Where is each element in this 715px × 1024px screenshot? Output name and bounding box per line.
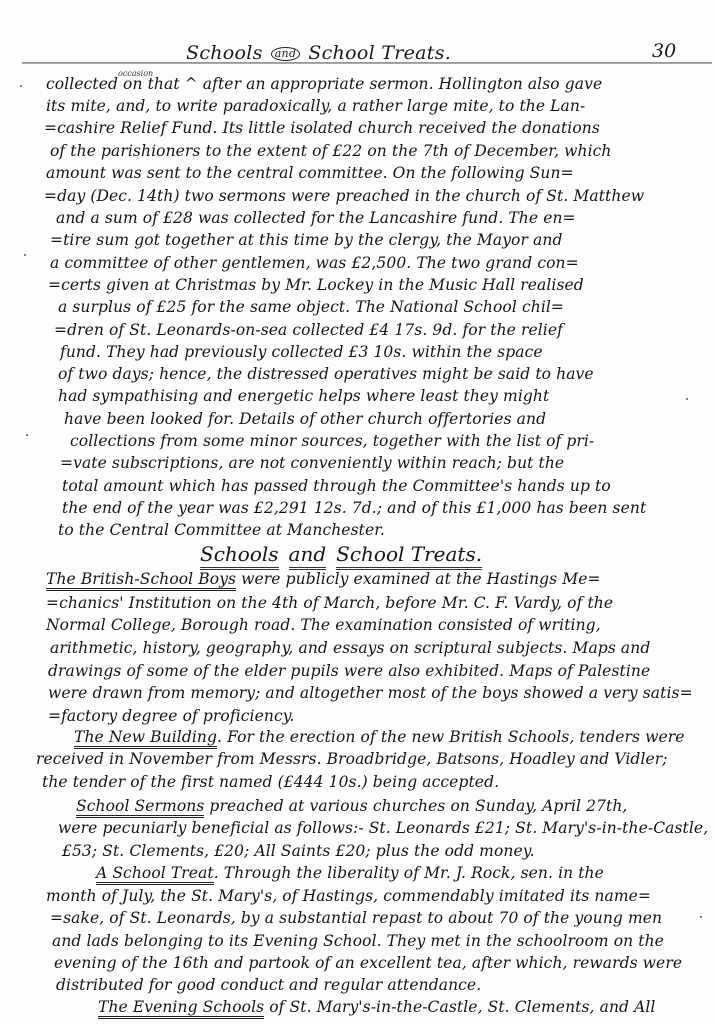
section-heading-word: School Treats. — [336, 542, 482, 570]
text-line: collected on that ^ after an appropriate… — [46, 74, 602, 94]
text-line: =sake, of St. Leonards, by a substantial… — [50, 908, 662, 928]
text-line: Normal College, Borough road. The examin… — [46, 615, 601, 635]
paragraph-evening-schools: The Evening Schools of St. Mary's-in-the… — [98, 997, 656, 1017]
paper-speck — [26, 434, 28, 436]
paper-speck — [24, 254, 26, 256]
text-line: =factory degree of proficiency. — [48, 706, 295, 726]
text-line: evening of the 16th and partook of an ex… — [54, 953, 682, 973]
header-rule — [22, 62, 712, 64]
paragraph-british-school: The British-School Boys were publicly ex… — [46, 569, 601, 589]
text-line: and lads belonging to its Evening School… — [52, 931, 664, 951]
text-line: the tender of the first named (£444 10s.… — [42, 772, 499, 792]
text-line: of St. Mary's-in-the-Castle, St. Clement… — [264, 998, 655, 1016]
text-line: fund. They had previously collected £3 1… — [60, 342, 543, 362]
text-line: distributed for good conduct and regular… — [56, 975, 481, 995]
paragraph-lead: School Sermons — [76, 797, 204, 818]
page-number: 30 — [652, 40, 676, 62]
text-line: received in November from Messrs. Broadb… — [36, 749, 668, 769]
text-line: collections from some minor sources, tog… — [70, 431, 594, 451]
text-line: drawings of some of the elder pupils wer… — [48, 661, 650, 681]
text-line: =vate subscriptions, are not convenientl… — [60, 453, 564, 473]
text-line: =cashire Relief Fund. Its little isolate… — [44, 118, 600, 138]
running-header: SchoolsandSchool Treats. 30 — [0, 40, 715, 64]
running-title-word1: Schools — [186, 42, 263, 64]
text-line: £53; St. Clements, £20; All Saints £20; … — [62, 841, 535, 861]
text-line: =day (Dec. 14th) two sermons were preach… — [44, 186, 644, 206]
text-line: had sympathising and energetic helps whe… — [58, 386, 549, 406]
text-line: its mite, and, to write paradoxically, a… — [46, 96, 585, 116]
text-line: a committee of other gentlemen, was £2,5… — [50, 253, 579, 273]
section-heading-word: and — [289, 542, 327, 570]
paragraph-school-sermons: School Sermons preached at various churc… — [76, 796, 627, 816]
text-line: =certs given at Christmas by Mr. Lockey … — [48, 275, 584, 295]
text-line: . For the erection of the new British Sc… — [217, 728, 684, 746]
text-line: a surplus of £25 for the same object. Th… — [58, 297, 564, 317]
text-line: and a sum of £28 was collected for the L… — [56, 208, 576, 228]
paragraph-lead: The Evening Schools — [98, 998, 264, 1019]
text-line: the end of the year was £2,291 12s. 7d.;… — [62, 498, 646, 518]
paper-speck — [686, 398, 688, 400]
text-line: preached at various churches on Sunday, … — [204, 797, 627, 815]
running-title: SchoolsandSchool Treats. — [186, 42, 451, 64]
text-line: were publicly examined at the Hastings M… — [236, 570, 600, 588]
paragraph-lead: A School Treat — [96, 864, 214, 885]
running-title-word2: School Treats. — [308, 42, 451, 64]
paragraph-lead: The New Building — [74, 728, 217, 749]
paragraph-school-treat: A School Treat. Through the liberality o… — [96, 863, 604, 883]
circled-correction: and — [271, 47, 301, 61]
text-line: =chanics' Institution on the 4th of Marc… — [46, 593, 613, 613]
paragraph-new-building: The New Building. For the erection of th… — [74, 727, 685, 747]
section-heading-word: Schools — [200, 542, 279, 570]
text-line: =tire sum got together at this time by t… — [50, 230, 562, 250]
section-heading: SchoolsandSchool Treats. — [200, 542, 492, 566]
text-line: arithmetic, history, geography, and essa… — [50, 638, 650, 658]
text-line: amount was sent to the central committee… — [46, 163, 574, 183]
text-line: of the parishioners to the extent of £22… — [50, 141, 612, 161]
paper-speck — [20, 85, 22, 87]
text-line: total amount which has passed through th… — [62, 476, 611, 496]
text-line: were pecuniarly beneficial as follows:- … — [58, 818, 708, 838]
paragraph-lead: The British-School Boys — [46, 570, 236, 591]
text-line: of two days; hence, the distressed opera… — [58, 364, 594, 384]
text-line: month of July, the St. Mary's, of Hastin… — [46, 886, 651, 906]
text-line: to the Central Committee at Manchester. — [58, 520, 385, 540]
text-line: . Through the liberality of Mr. J. Rock,… — [214, 864, 604, 882]
text-line: were drawn from memory; and altogether m… — [48, 683, 693, 703]
paper-speck — [700, 916, 702, 918]
text-line: have been looked for. Details of other c… — [64, 409, 546, 429]
manuscript-page: SchoolsandSchool Treats. 30 occasion col… — [0, 0, 715, 1024]
text-line: =dren of St. Leonards-on-sea collected £… — [54, 320, 563, 340]
